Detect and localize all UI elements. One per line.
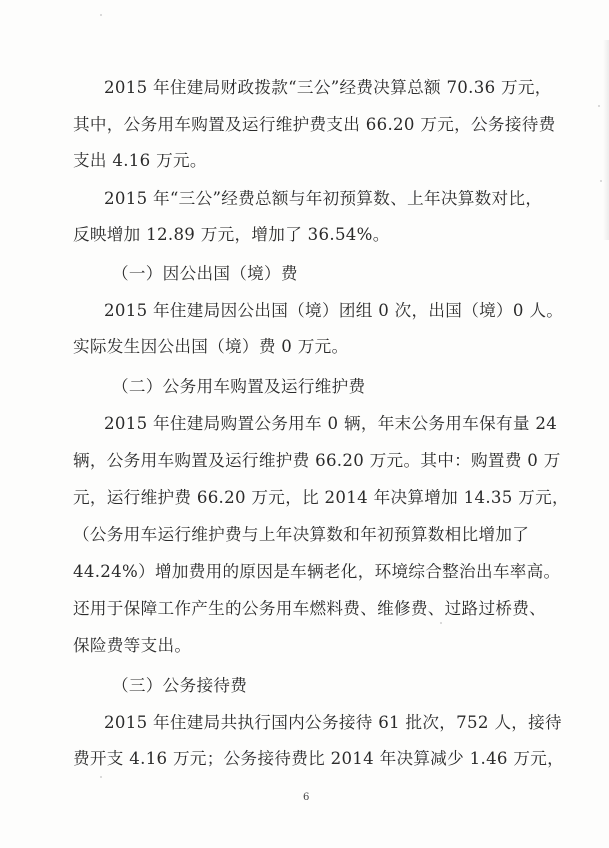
scan-speck	[600, 180, 602, 182]
paragraph-4-line-7: 保险费等支出。	[73, 636, 191, 656]
scan-speck	[100, 14, 102, 16]
page-number: 6	[303, 792, 309, 803]
scan-speck	[100, 776, 102, 778]
document-page: 2015 年住建局财政拨款“三公”经费决算总额 70.36 万元， 其中，公务用…	[0, 0, 609, 848]
paragraph-4-line-1: 2015 年住建局购置公务用车 0 辆，年末公务用车保有量 24	[104, 414, 557, 434]
paragraph-4-line-2: 辆，公务用车购置及运行维护费 66.20 万元。其中：购置费 0 万	[73, 451, 561, 471]
paragraph-4-line-5: 44.24%）增加费用的原因是车辆老化，环境综合整治出车率高。	[73, 562, 560, 582]
section-heading-1: （一）因公出国（境）费	[112, 264, 298, 284]
paragraph-3-line-1: 2015 年住建局因公出国（境）团组 0 次，出国（境）0 人。	[104, 301, 563, 321]
paragraph-2-line-1: 2015 年“三公”经费总额与年初预算数、上年决算数对比，	[104, 189, 542, 209]
paragraph-5-line-1: 2015 年住建局共执行国内公务接待 61 批次，752 人，接待	[104, 713, 562, 733]
paragraph-4-line-3: 元，运行维护费 66.20 万元，比 2014 年决算增加 14.35 万元，	[73, 488, 569, 508]
paragraph-1-line-1: 2015 年住建局财政拨款“三公”经费决算总额 70.36 万元，	[104, 78, 552, 98]
paragraph-4-line-4: （公务用车运行维护费与上年决算数和年初预算数相比增加了	[73, 525, 529, 545]
section-heading-2: （二）公务用车购置及运行维护费	[112, 377, 365, 397]
paragraph-1-line-2: 其中，公务用车购置及运行维护费支出 66.20 万元，公务接待费	[73, 115, 556, 135]
paragraph-5-line-2: 费开支 4.16 万元；公务接待费比 2014 年决算减少 1.46 万元，	[73, 749, 564, 769]
paragraph-3-line-2: 实际发生因公出国（境）费 0 万元。	[73, 337, 348, 357]
paragraph-1-line-3: 支出 4.16 万元。	[73, 151, 207, 171]
scan-speck	[598, 105, 600, 107]
scan-edge-shadow	[603, 40, 609, 240]
paragraph-4-line-6: 还用于保障工作产生的公务用车燃料费、维修费、过路过桥费、	[73, 599, 546, 619]
paragraph-2-line-2: 反映增加 12.89 万元，增加了 36.54%。	[73, 225, 390, 245]
section-heading-3: （三）公务接待费	[112, 676, 247, 696]
scan-speck	[440, 622, 442, 624]
